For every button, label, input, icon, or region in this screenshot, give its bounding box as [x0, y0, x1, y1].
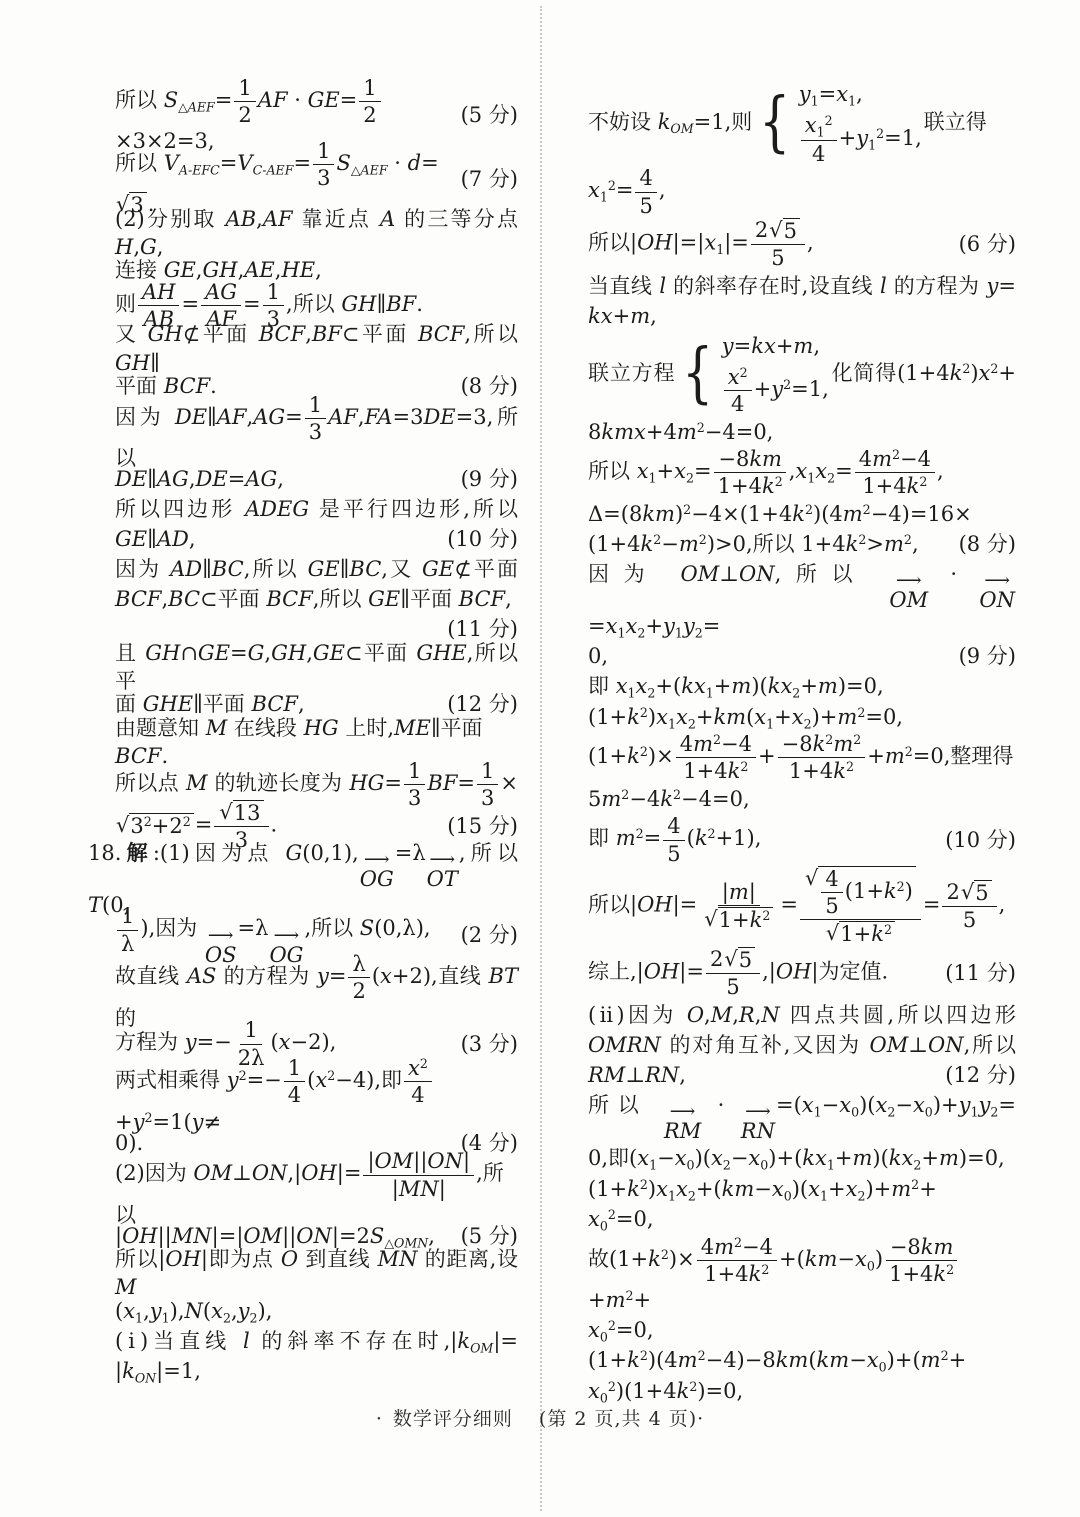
fraction: √45(1+k2)√1+k2 — [800, 866, 921, 946]
text-line: (2)因为 OM⊥ON,|OH|=|OM||ON||MN|,所以 — [88, 1158, 518, 1221]
vector-arrow-icon: ⟶ — [364, 854, 390, 867]
sqrt-radical: √1+k2 — [704, 907, 773, 932]
sqrt-radical: √5 — [961, 880, 992, 905]
text-line: x02)(1+4k2)=0, — [588, 1376, 1016, 1406]
text-line: 5m2−4k2−4=0, — [588, 784, 1016, 814]
text-line: 不妨设 kOM=1,则{y1=x1,x124+y12=1,联立得 x12=45, — [588, 80, 1016, 218]
math-text: 即 m2=45(k2+1), — [588, 814, 935, 865]
math-text: (1+k2)×4m2−41+4k2+−8k2m21+4k2+m2=0,整理得 — [588, 732, 1016, 783]
text-line: (1+k2)x1x2+km(x1+x2)+m2=0, — [588, 702, 1016, 732]
text-line: 由题意知 M 在线段 HG 上时,ME∥平面 BCF. — [88, 720, 518, 765]
text-line: BCF,BC⊂平面 BCF,所以 GE∥平面 BCF, — [88, 585, 518, 615]
math-text: 所以|OH|=|x1|=2√55, — [588, 218, 949, 270]
math-text: 即 x1x2+(kx1+m)(kx2+m)=0, — [588, 672, 1016, 700]
score-label: (7 分) — [451, 165, 518, 193]
text-line: (2)分别取 AB,AF 靠近点 A 的三等分点 H,G, — [88, 211, 518, 256]
vector-arrow-icon: ⟶ — [745, 1106, 771, 1119]
fraction: x24 — [724, 365, 752, 416]
fraction: −8km1+4k2 — [885, 1235, 958, 1286]
fraction: 13 — [313, 139, 334, 190]
fraction: 1λ — [117, 904, 138, 955]
math-text: 0, — [588, 642, 949, 670]
fraction: 12 — [359, 76, 380, 127]
score-label: (15 分) — [437, 812, 518, 840]
score-label: (2 分) — [451, 921, 518, 949]
math-text: (ⅰ)当直线 l 的斜率不存在时,|kOM|= — [115, 1327, 518, 1355]
right-column: 不妨设 kOM=1,则{y1=x1,x124+y12=1,联立得 x12=45,… — [588, 80, 1016, 1406]
text-line: x02=0, — [588, 1205, 1016, 1235]
equation-system: {y=kx+m,x24+y2=1, — [677, 332, 828, 417]
text-line: (1+k2)x1x2+(km−x0)(x1+x2)+m2+ — [588, 1174, 1016, 1204]
math-text: x02)(1+4k2)=0, — [588, 1377, 1016, 1405]
exam-answer-page: 所以 S△AEF=12AF · GE=12×3×2=3,(5 分)所以 VA-E… — [0, 0, 1080, 1517]
math-text: x02=0, — [588, 1205, 1016, 1233]
score-label: (8 分) — [949, 530, 1016, 558]
text-line: GE∥AD,(10 分) — [88, 525, 518, 555]
math-text: GE∥AD, — [115, 525, 437, 553]
fraction: 45 — [821, 867, 842, 918]
brace-icon: { — [759, 97, 790, 149]
text-line: RM⊥RN,(12 分) — [588, 1061, 1016, 1091]
math-text: 当直线 l 的斜率存在时,设直线 l 的方程为 y= — [588, 272, 1016, 300]
vector: ⟶RN — [741, 1106, 775, 1143]
sqrt-radical: √1+k2 — [826, 921, 895, 946]
text-line: kx+m, — [588, 301, 1016, 331]
text-line: (1+k2)×4m2−41+4k2+−8k2m21+4k2+m2=0,整理得 — [588, 732, 1016, 783]
math-text: 因为 OM⊥ON,所以 ⟶OM · ⟶ON=x1x2+y1y2= — [588, 560, 1016, 641]
text-line: 因为 OM⊥ON,所以 ⟶OM · ⟶ON=x1x2+y1y2= — [588, 560, 1016, 641]
fraction: −8k2m21+4k2 — [778, 732, 866, 783]
math-text: 所以|OH|即为点 O 到直线 MN 的距离,设 M — [115, 1245, 518, 1302]
text-line: DE∥AG,DE=AG,(9 分) — [88, 465, 518, 495]
text-line: 所以 ⟶RM · ⟶RN=(x1−x0)(x2−x0)+y1y2= — [588, 1091, 1016, 1143]
fraction: x124 — [801, 113, 837, 166]
sqrt-radical: √13 — [219, 800, 263, 825]
math-text: 故(1+k2)×4m2−41+4k2+(km−x0)−8km1+4k2+m2+ — [588, 1235, 1016, 1315]
text-line: 故直线 AS 的方程为 y=λ2(x+2),直线 BT 的 — [88, 960, 518, 1023]
text-line: 0,即(x1−x0)(x2−x0)+(kx1+m)(kx2+m)=0, — [588, 1144, 1016, 1174]
text-line: 联立方程{y=kx+m,x24+y2=1,化简得(1+4k2)x2+ — [588, 332, 1016, 417]
score-label: (5 分) — [451, 101, 518, 129]
vector: ⟶RM — [664, 1106, 701, 1143]
vector-arrow-icon: ⟶ — [896, 575, 922, 588]
fraction: |m|√1+k2 — [699, 880, 778, 932]
score-label: (10 分) — [935, 826, 1016, 854]
text-line: (1+k2)(4m2−4)−8km(km−x0)+(m2+ — [588, 1345, 1016, 1375]
text-line: 18.解:(1)因为点 G(0,1),⟶OG=λ⟶OT,所以 T(0, — [88, 847, 518, 911]
sqrt-radical: √32+22 — [116, 813, 194, 838]
math-text: RM⊥RN, — [588, 1061, 935, 1089]
fraction: 45 — [635, 166, 656, 217]
math-text: OMRN 的对角互补,又因为 OM⊥ON,所以 — [588, 1031, 1016, 1059]
text-line: OMRN 的对角互补,又因为 OM⊥ON,所以 — [588, 1030, 1016, 1060]
vector-arrow-icon: ⟶ — [670, 1106, 696, 1119]
text-line: (ⅱ)因为 O,M,R,N 四点共圆,所以四边形 — [588, 1000, 1016, 1030]
equation-system: {y1=x1,x124+y12=1, — [754, 80, 921, 166]
text-line: 8kmx+4m2−4=0, — [588, 417, 1016, 447]
math-text: (1+k2)x1x2+(km−x0)(x1+x2)+m2+ — [588, 1175, 1016, 1203]
text-line: 所以 S△AEF=12AF · GE=12×3×2=3,(5 分) — [88, 84, 518, 147]
score-label: (9 分) — [949, 642, 1016, 670]
math-text: 5m2−4k2−4=0, — [588, 785, 1016, 813]
text-line: (x1,y1),N(x2,y2), — [88, 1296, 518, 1326]
score-label: (10 分) — [437, 525, 518, 553]
math-text: (ⅱ)因为 O,M,R,N 四点共圆,所以四边形 — [588, 1001, 1016, 1029]
vector: ⟶OT — [427, 854, 458, 891]
math-text: 因为 AD∥BC,所以 GE∥BC,又 GE⊄平面 — [115, 555, 518, 583]
score-label: (3 分) — [451, 1030, 518, 1058]
text-line: 所以|OH|=|x1|=2√55,(6 分) — [588, 218, 1016, 270]
vector: ⟶OM — [889, 575, 928, 612]
text-line: 即 x1x2+(kx1+m)(kx2+m)=0, — [588, 671, 1016, 701]
column-divider — [540, 6, 542, 1511]
math-text: (2)因为 OM⊥ON,|OH|=|OM||ON||MN|,所以 — [115, 1149, 518, 1229]
vector: ⟶OG — [360, 854, 394, 891]
page-footer: ·数学评分细则(第 2 页,共 4 页)· — [0, 1404, 1080, 1431]
text-line: 所以|OH|即为点 O 到直线 MN 的距离,设 M — [88, 1251, 518, 1296]
sqrt-radical: √45(1+k2) — [805, 866, 916, 918]
math-text: (1+4k2−m2)>0,所以 1+4k2>m2, — [588, 530, 949, 558]
text-line: 因为 AD∥BC,所以 GE∥BC,又 GE⊄平面 — [88, 555, 518, 585]
left-column: 所以 S△AEF=12AF · GE=12×3×2=3,(5 分)所以 VA-E… — [88, 84, 518, 1386]
text-line: 所以 x1+x2=−8km1+4k2,x1x2=4m2−41+4k2, — [588, 447, 1016, 498]
math-text: kx+m, — [588, 302, 1016, 330]
math-text: Δ=(8km)2−4×(1+4k2)(4m2−4)=16× — [588, 500, 1016, 528]
fraction: 45 — [663, 814, 684, 865]
text-line: 所以 VA-EFC=VC-AEF=13S△AEF · d=√3.(7 分) — [88, 147, 518, 210]
vector-arrow-icon: ⟶ — [274, 930, 300, 943]
math-text: BCF,BC⊂平面 BCF,所以 GE∥平面 BCF, — [115, 585, 518, 613]
math-text: (1+k2)(4m2−4)−8km(km−x0)+(m2+ — [588, 1346, 1016, 1374]
fraction: 14 — [284, 1056, 305, 1107]
math-text: DE∥AG,DE=AG, — [115, 465, 451, 493]
text-line: 又 GH⊄平面 BCF,BF⊂平面 BCF,所以 GH∥ — [88, 326, 518, 371]
footer-dot-left: · — [376, 1408, 383, 1430]
text-line: 两式相乘得 y2=−14(x2−4),即x24+y2=1(y≠ — [88, 1064, 518, 1127]
fraction: 4m2−41+4k2 — [697, 1235, 777, 1286]
vector: ⟶ON — [979, 575, 1015, 612]
math-text: (x1,y1),N(x2,y2), — [115, 1297, 518, 1325]
fraction: 4m2−41+4k2 — [855, 447, 935, 498]
text-line: (ⅰ)当直线 l 的斜率不存在时,|kOM|= — [88, 1326, 518, 1356]
vector-arrow-icon: ⟶ — [984, 575, 1010, 588]
fraction: |OM||ON||MN| — [363, 1149, 474, 1200]
math-text: 因为 DE∥AF,AG=13AF,FA=3DE=3,所以 — [115, 393, 518, 473]
score-label: (6 分) — [949, 230, 1016, 258]
score-label: (9 分) — [451, 465, 518, 493]
text-line: 0,(9 分) — [588, 641, 1016, 671]
footer-dot-right: · — [697, 1408, 704, 1430]
text-line: Δ=(8km)2−4×(1+4k2)(4m2−4)=16× — [588, 499, 1016, 529]
text-line: x02=0, — [588, 1315, 1016, 1345]
footer-title: 数学评分细则 — [393, 1408, 513, 1430]
text-line: 因为 DE∥AF,AG=13AF,FA=3DE=3,所以 — [88, 401, 518, 464]
math-text: (1+k2)x1x2+km(x1+x2)+m2=0, — [588, 703, 1016, 731]
math-text: 所以|OH|=|m|√1+k2=√45(1+k2)√1+k2=2√55, — [588, 866, 1016, 946]
fraction: 2√55 — [942, 880, 996, 932]
math-text: 综上,|OH|=2√55,|OH|为定值. — [588, 947, 935, 999]
fraction: 13 — [477, 759, 498, 810]
text-line: 当直线 l 的斜率存在时,设直线 l 的方程为 y= — [588, 271, 1016, 301]
text-line: (1+4k2−m2)>0,所以 1+4k2>m2,(8 分) — [588, 529, 1016, 559]
math-text: (2)分别取 AB,AF 靠近点 A 的三等分点 H,G, — [115, 205, 518, 262]
text-line: 即 m2=45(k2+1),(10 分) — [588, 814, 1016, 865]
text-line: 所以|OH|=|m|√1+k2=√45(1+k2)√1+k2=2√55, — [588, 866, 1016, 946]
vector-arrow-icon: ⟶ — [208, 930, 234, 943]
score-label: (12 分) — [935, 1061, 1016, 1089]
fraction: λ2 — [348, 952, 369, 1003]
math-text: 所以 x1+x2=−8km1+4k2,x1x2=4m2−41+4k2, — [588, 447, 1016, 498]
text-line: 综上,|OH|=2√55,|OH|为定值.(11 分) — [588, 947, 1016, 999]
math-text: 不妨设 kOM=1,则{y1=x1,x124+y12=1,联立得 x12=45, — [588, 80, 1016, 218]
text-line: 故(1+k2)×4m2−41+4k2+(km−x0)−8km1+4k2+m2+ — [588, 1235, 1016, 1315]
math-text: 8kmx+4m2−4=0, — [588, 418, 1016, 446]
brace-icon: { — [683, 348, 714, 400]
math-text: 0,即(x1−x0)(x2−x0)+(kx1+m)(kx2+m)=0, — [588, 1144, 1016, 1172]
math-text: 联立方程{y=kx+m,x24+y2=1,化简得(1+4k2)x2+ — [588, 332, 1016, 417]
text-line: |kON|=1, — [88, 1356, 518, 1386]
fraction: 13 — [305, 393, 326, 444]
sqrt-radical: √5 — [724, 947, 755, 972]
fraction: 2√55 — [751, 218, 805, 270]
fraction: −8km1+4k2 — [714, 447, 787, 498]
math-text: 且 GH∩GE=G,GH,GE⊂平面 GHE,所以平 — [115, 639, 518, 696]
fraction: 4m2−41+4k2 — [676, 732, 756, 783]
score-label: (11 分) — [935, 959, 1016, 987]
math-text: x02=0, — [588, 1316, 1016, 1344]
text-line: 且 GH∩GE=G,GH,GE⊂平面 GHE,所以平 — [88, 645, 518, 690]
math-text: 两式相乘得 y2=−14(x2−4),即x24+y2=1(y≠ — [115, 1056, 518, 1136]
fraction: 2√55 — [706, 947, 760, 999]
math-text: 所以四边形 ADEG 是平行四边形,所以 — [115, 495, 518, 523]
sqrt-radical: √5 — [769, 218, 800, 243]
vector-arrow-icon: ⟶ — [429, 854, 455, 867]
math-text: 又 GH⊄平面 BCF,BF⊂平面 BCF,所以 GH∥ — [115, 320, 518, 377]
fraction: 12 — [234, 76, 255, 127]
math-text: |kON|=1, — [115, 1357, 518, 1385]
text-line: 所以四边形 ADEG 是平行四边形,所以 — [88, 495, 518, 525]
footer-page-indicator: (第 2 页,共 4 页) — [539, 1408, 697, 1430]
fraction: x24 — [404, 1056, 432, 1107]
math-text: 所以 ⟶RM · ⟶RN=(x1−x0)(x2−x0)+y1y2= — [588, 1091, 1016, 1143]
